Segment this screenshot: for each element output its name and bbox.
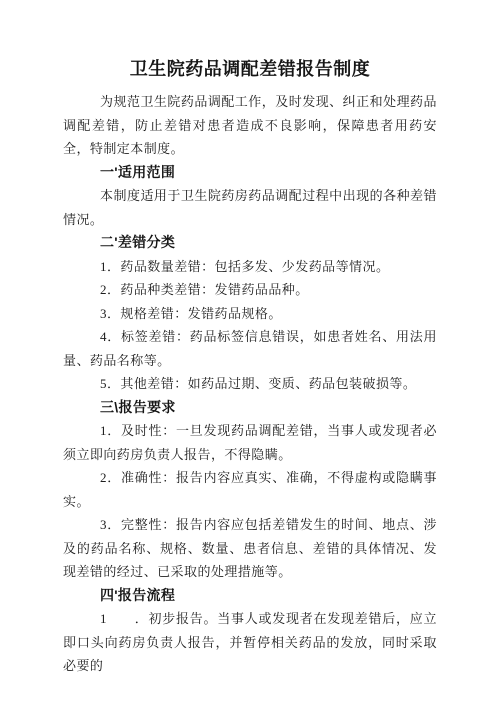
section-heading-report-requirements: 三\报告要求 [63,396,437,420]
category-item-1: 1．药品数量差错：包括多发、少发药品等情况。 [63,255,437,279]
requirement-item-2: 2．准确性：报告内容应真实、准确，不得虚构或隐瞒事实。 [63,466,437,513]
section-heading-scope: 一'适用范围 [63,161,437,185]
document-page: 卫生院药品调配差错报告制度 为规范卫生院药品调配工作，及时发现、纠正和处理药品调… [0,0,500,707]
category-item-4: 4．标签差错：药品标签信息错误，如患者姓名、用法用量、药品名称等。 [63,325,437,372]
requirement-item-3: 3．完整性：报告内容应包括差错发生的时间、地点、涉及的药品名称、规格、数量、患者… [63,513,437,584]
process-item-1: 1 ．初步报告。当事人或发现者在发现差错后，应立即口头向药房负责人报告，并暂停相… [63,607,437,678]
intro-paragraph: 为规范卫生院药品调配工作，及时发现、纠正和处理药品调配差错，防止差错对患者造成不… [63,90,437,161]
category-item-5: 5．其他差错：如药品过期、变质、药品包装破损等。 [63,372,437,396]
scope-paragraph: 本制度适用于卫生院药房药品调配过程中出现的各种差错情况。 [63,184,437,231]
category-item-2: 2．药品种类差错：发错药品品种。 [63,278,437,302]
category-item-3: 3．规格差错：发错药品规格。 [63,302,437,326]
document-title: 卫生院药品调配差错报告制度 [63,56,437,82]
requirement-item-1: 1．及时性：一旦发现药品调配差错，当事人或发现者必须立即向药房负责人报告，不得隐… [63,419,437,466]
section-heading-report-process: 四'报告流程 [63,584,437,608]
section-heading-error-categories: 二'差错分类 [63,231,437,255]
